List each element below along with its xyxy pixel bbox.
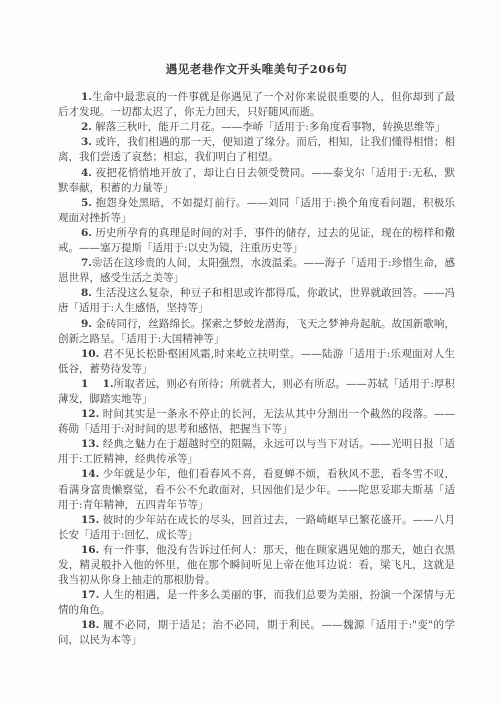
item-text: 彼时的少年站在成长的尽头，回首过去，一路崎岖早已繁花盛开。——八月长安「适用于:…: [58, 514, 455, 541]
paragraph: 5. 抱怨身处黑暗，不如提灯前行。——刘同「适用于:换个角度看问题，积极乐观面对…: [58, 196, 455, 226]
paragraph: 7.❀活在这珍贵的人间，太阳强烈，水波温柔。——海子「适用于:珍惜生命，感恩世界…: [58, 256, 455, 286]
item-text: 历史所孕育的真理是时间的对手，事件的储存，过去的见证，现在的榜样和儆戒。——塞万…: [58, 227, 455, 254]
paragraph: 10. 君不见长松卧壑困风霜,时来屹立扶明堂。——陆游「适用于:乐观面对人生低谷…: [58, 347, 455, 377]
item-text: 或许，我们相遇的那一天，便知道了缘分。而后，相知，让我们懂得相惜；相离，我们尝透…: [58, 136, 455, 163]
item-text: 有一件事，他没有告诉过任何人：那天，他在顾家遇见她的那天，她白衣黑发，精灵般扑入…: [58, 544, 455, 586]
item-text: 履不必同，期于适足；治不必同，期于利民。——魏源「适用于:"变"的学问，以民为本…: [58, 619, 455, 646]
paragraph: 2. 解落三秋叶，能开二月花。——李峤「适用于:多角度看事物，转换思维等」: [58, 120, 455, 135]
document-title: 遇见老巷作文开头唯美句子206句: [58, 62, 455, 77]
paragraph: 4. 夜把花悄悄地开放了，却让白日去领受赞同。——泰戈尔「适用于:无私，默默奉献…: [58, 166, 455, 196]
item-number: 6.: [81, 227, 92, 239]
paragraph: 15. 彼时的少年站在成长的尽头，回首过去，一路崎岖早已繁花盛开。——八月长安「…: [58, 513, 455, 543]
item-number: 3.: [81, 136, 92, 148]
paragraph: 17. 人生的相遇，是一件多么美丽的事，而我们总要为美丽，扮演一个深情与无情的角…: [58, 588, 455, 618]
item-text: 生命中最悲哀的一件事就是你遇见了一个对你来说很重要的人，但你却到了最后才发现。一…: [58, 91, 455, 118]
item-number: 14.: [81, 468, 99, 480]
paragraph: 14. 少年就是少年，他们看春风不喜，看夏蝉不烦，看秋风不悲，看冬雪不叹，看满身…: [58, 467, 455, 512]
item-text: 解落三秋叶，能开二月花。——李峤「适用于:多角度看事物，转换思维等」: [92, 121, 445, 133]
document-page: 遇见老巷作文开头唯美句子206句 1.生命中最悲哀的一件事就是你遇见了一个对你来…: [0, 0, 500, 707]
item-number: 1 1.: [81, 378, 114, 390]
paragraph: 18. 履不必同，期于适足；治不必同，期于利民。——魏源「适用于:"变"的学问，…: [58, 618, 455, 648]
item-number: 9.: [81, 318, 92, 330]
item-number: 17.: [81, 589, 99, 601]
item-text: 抱怨身处黑暗，不如提灯前行。——刘同「适用于:换个角度看问题，积极乐观面对挫折等…: [58, 197, 455, 224]
item-number: 7.: [81, 257, 92, 269]
item-number: 4.: [81, 167, 92, 179]
item-text: 君不见长松卧壑困风霜,时来屹立扶明堂。——陆游「适用于:乐观面对人生低谷，蓄势待…: [58, 348, 455, 375]
item-text: ❀活在这珍贵的人间，太阳强烈，水波温柔。——海子「适用于:珍惜生命，感恩世界，感…: [58, 257, 455, 284]
paragraph: 1.生命中最悲哀的一件事就是你遇见了一个对你来说很重要的人，但你却到了最后才发现…: [58, 90, 455, 120]
item-number: 12.: [81, 408, 99, 420]
item-number: 8.: [81, 287, 92, 299]
item-text: 所取者远，则必有所待；所就者大，则必有所忍。——苏轼「适用于:厚积薄发，脚踏实地…: [58, 378, 455, 405]
item-number: 1.: [81, 91, 92, 103]
item-text: 人生的相遇，是一件多么美丽的事，而我们总要为美丽，扮演一个深情与无情的角色。: [58, 589, 455, 616]
item-number: 18.: [81, 619, 99, 631]
paragraph: 1 1.所取者远，则必有所待；所就者大，则必有所忍。——苏轼「适用于:厚积薄发，…: [58, 377, 455, 407]
paragraph: 8. 生活没这么复杂，种豆子和相思或许都得瓜，你敢试，世界就敢回答。——冯唐「适…: [58, 286, 455, 316]
item-text: 经典之魅力在于超越时空的阻隔，永远可以与当下对话。——光明日报「适用于:工匠精神…: [58, 438, 455, 465]
document-body: 1.生命中最悲哀的一件事就是你遇见了一个对你来说很重要的人，但你却到了最后才发现…: [58, 90, 455, 648]
paragraph: 9. 金砖同行，丝路绵长。探索之梦蛟龙潜海，飞天之梦神舟起航。故国新歌响，创新之…: [58, 317, 455, 347]
paragraph: 6. 历史所孕育的真理是时间的对手，事件的储存，过去的见证，现在的榜样和儆戒。—…: [58, 226, 455, 256]
paragraph: 3. 或许，我们相遇的那一天，便知道了缘分。而后，相知，让我们懂得相惜；相离，我…: [58, 135, 455, 165]
item-text: 生活没这么复杂，种豆子和相思或许都得瓜，你敢试，世界就敢回答。——冯唐「适用于:…: [58, 287, 455, 314]
item-number: 2.: [81, 121, 92, 133]
item-number: 15.: [81, 514, 99, 526]
item-number: 5.: [81, 197, 92, 209]
item-text: 金砖同行，丝路绵长。探索之梦蛟龙潜海，飞天之梦神舟起航。故国新歌响，创新之路呈。…: [58, 318, 455, 345]
paragraph: 12. 时间其实是一条永不停止的长河，无法从其中分割出一个截然的段落。——蒋勋「…: [58, 407, 455, 437]
paragraph: 16. 有一件事，他没有告诉过任何人：那天，他在顾家遇见她的那天，她白衣黑发，精…: [58, 543, 455, 588]
item-number: 10.: [81, 348, 99, 360]
item-text: 夜把花悄悄地开放了，却让白日去领受赞同。——泰戈尔「适用于:无私，默默奉献，积蓄…: [58, 167, 455, 194]
paragraph: 13. 经典之魅力在于超越时空的阻隔，永远可以与当下对话。——光明日报「适用于:…: [58, 437, 455, 467]
item-text: 时间其实是一条永不停止的长河，无法从其中分割出一个截然的段落。——蒋勋「适用于:…: [58, 408, 455, 435]
item-number: 13.: [81, 438, 99, 450]
item-number: 16.: [81, 544, 99, 556]
item-text: 少年就是少年，他们看春风不喜，看夏蝉不烦，看秋风不悲，看冬雪不叹，看满身富贵懒察…: [58, 468, 455, 510]
